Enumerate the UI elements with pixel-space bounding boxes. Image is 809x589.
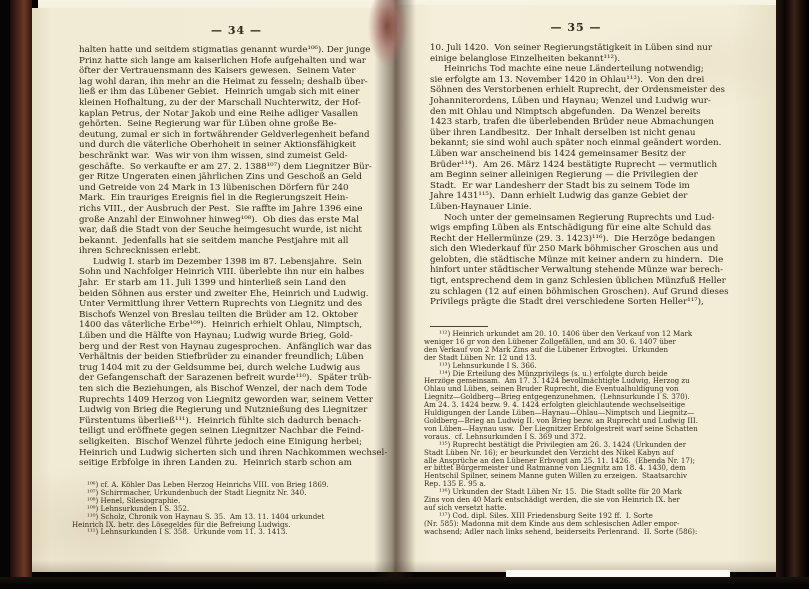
text-line: Verhältnis der beiden Stiefbrüder zu ein… [79, 352, 394, 363]
text-line: Heinrichs Tod machte eine neue Ländertei… [430, 64, 724, 75]
text-line: ¹¹¹) Lehnsurkunden I S. 358. Urkunde vom… [72, 528, 394, 536]
text-line: beschränkt war. Was wir von ihm wissen, … [79, 151, 394, 162]
text-line: Brüder¹¹⁴). Am 26. März 1424 bestätigte … [430, 160, 724, 171]
text-line: ger Ritze Ungeraten einen jährlichen Zin… [79, 172, 394, 183]
text-line: der Gefangenschaft der Sarazenen befreit… [79, 373, 394, 384]
text-line: beiden Söhnen aus erster und zweiter Ehe… [79, 289, 394, 300]
right-page-footnotes: ¹¹²) Heinrich urkundet am 20. 10. 1406 ü… [424, 330, 726, 536]
book-scan: — 34 — halten hatte und seitdem stigmati… [0, 0, 809, 589]
text-line: am Beginn seiner alleinigen Regierung — … [430, 170, 724, 181]
text-line: Lüben war anscheinend bis 1424 gemeinsam… [430, 149, 724, 160]
text-line: Johanniterordens, Lüben und Haynau; Wenz… [430, 96, 724, 107]
text-line: deutung, zumal er sich in fortwährender … [79, 130, 394, 141]
book-bottom-edge [0, 577, 809, 589]
text-line: ihren Schrecknissen erlebt. [79, 246, 394, 257]
text-line: kleinen Hofhaltung, zu der der Marschall… [79, 98, 394, 109]
text-line: Prinz hatte sich lange am kaiserlichen H… [79, 56, 394, 67]
text-line: seitige Erbfolge in ihren Landen zu. Hei… [79, 458, 394, 469]
text-line: Noch unter der gemeinsamen Regierung Rup… [430, 213, 724, 224]
text-line: tigt, entsprechend dem in ganz Schlesien… [430, 276, 724, 287]
text-line: und durch die väterliche Oberhoheit in s… [79, 140, 394, 151]
text-line: lag wohl daran, ihn mehr an die Heimat z… [79, 77, 394, 88]
text-line: 10. Juli 1420. Von seiner Regierungstäti… [430, 43, 724, 54]
text-line: teiligt und eröffnete gegen seinen Liegn… [79, 426, 394, 437]
text-line: trug 1404 mit zu der Geldsumme bei, durc… [79, 363, 394, 374]
text-line: wigs empfing Lüben als Entschädigung für… [430, 223, 724, 234]
text-line: richs VIII., der Ausbruch der Pest. Sie … [79, 204, 394, 215]
text-line: sich den Wiederkauf für 250 Mark böhmisc… [430, 244, 724, 255]
text-line: Söhnen des Verstorbenen erhielt Ruprecht… [430, 85, 724, 96]
text-line: einige belanglose Einzelheiten bekannt¹¹… [430, 54, 724, 65]
text-line: 1423 starb, trafen die überlebenden Brüd… [430, 117, 724, 128]
text-line: zu schlagen (12 auf einen böhmischen Gro… [430, 287, 724, 298]
text-line: Bischofs Wenzel von Breslau teilten die … [79, 310, 394, 321]
text-line: 1400 das väterliche Erbe¹⁰⁹). Heinrich e… [79, 320, 394, 331]
left-page-body-text: halten hatte und seitdem stigmatias gena… [79, 45, 394, 469]
text-line: Unter Vermittlung ihrer Vettern Ruprecht… [79, 299, 394, 310]
text-line: bekannt; sie sind wohl auch später noch … [430, 138, 724, 149]
page-number-left: — 34 — [80, 24, 393, 37]
text-line: große Anzahl der Einwohner hinweg¹⁰⁸). O… [79, 215, 394, 226]
text-line: den mit Ohlau und Nimptsch abgefunden. D… [430, 107, 724, 118]
text-line: Heinrich und Ludwig sicherten sich und i… [79, 448, 394, 459]
text-line: Jahr. Er starb am 11. Juli 1399 und hint… [79, 278, 394, 289]
text-line: halten hatte und seitdem stigmatias gena… [79, 45, 394, 56]
text-line: seligkeiten. Bischof Wenzel führte jedoc… [79, 437, 394, 448]
text-line: gehörten. Seine Regierung war für Lüben … [79, 119, 394, 130]
right-page-body-text: 10. Juli 1420. Von seiner Regierungstäti… [430, 43, 724, 308]
text-line: Stadt. Er war Landesherr der Stadt bis z… [430, 181, 724, 192]
text-line: kaplan Petrus, der Notar Jakob und eine … [79, 109, 394, 120]
text-line: Lüben und die Hälfte von Haynau; Ludwig … [79, 331, 394, 342]
text-line: war, daß die Stadt von der Seuche heimge… [79, 225, 394, 236]
text-line: Ludwig von Brieg die Regierung und Nutzn… [79, 405, 394, 416]
text-line: Ruprechts 1409 Herzog von Liegnitz gewor… [79, 395, 394, 406]
text-line: ließ er ihm das Lübener Gebiet. Heinrich… [79, 87, 394, 98]
text-line: geschäfte. So verkaufte er am 27. 2. 138… [79, 162, 394, 173]
text-line: bekannt. Jedenfalls hat sie seitdem manc… [79, 236, 394, 247]
text-line: Fürstentums überließ¹¹¹). Heinrich fühlt… [79, 416, 394, 427]
text-line: Recht der Hellermünze (29. 3. 1423)¹¹⁶).… [430, 234, 724, 245]
left-page-footnotes: ¹⁰⁶) cf. A. Köhler Das Leben Herzog Hein… [72, 481, 394, 536]
text-line: und Getreide von 24 Mark in 13 lübenisch… [79, 183, 394, 194]
text-line: berg und der Rest von Haynau zugesproche… [79, 342, 394, 353]
text-line: gelobten, die städtische Münze mit keine… [430, 255, 724, 266]
book-cover-left-edge [10, 0, 32, 589]
footnote-separator-rule [430, 326, 488, 327]
text-line: Lüben-Haynauer Linie. [430, 202, 724, 213]
text-line: hinfort unter städtischer Verwaltung ste… [430, 265, 724, 276]
text-line: Ludwig I. starb im Dezember 1398 im 87. … [79, 257, 394, 268]
text-line: wachsend; Adler nach links sehend, beide… [424, 528, 726, 536]
text-line: Jahre 1431¹¹⁵). Dann erhielt Ludwig das … [430, 191, 724, 202]
text-line: Privilegs prägte die Stadt drei verschie… [430, 297, 724, 308]
text-line: Sohn und Nachfolger Heinrich VIII. überl… [79, 267, 394, 278]
text-line: Mark. Ein trauriges Ereignis fiel in die… [79, 193, 394, 204]
text-line: sie erfolgte am 13. November 1420 in Ohl… [430, 75, 724, 86]
text-line: ten sich die Beziehungen, als Bischof We… [79, 384, 394, 395]
page-number-right: — 35 — [430, 21, 722, 34]
text-line: öfter der Vertrauensmann des Kaisers gew… [79, 66, 394, 77]
text-line: über ihren Landbesitz. Der Inhalt dersel… [430, 128, 724, 139]
book-cover-right-edge [776, 0, 809, 589]
